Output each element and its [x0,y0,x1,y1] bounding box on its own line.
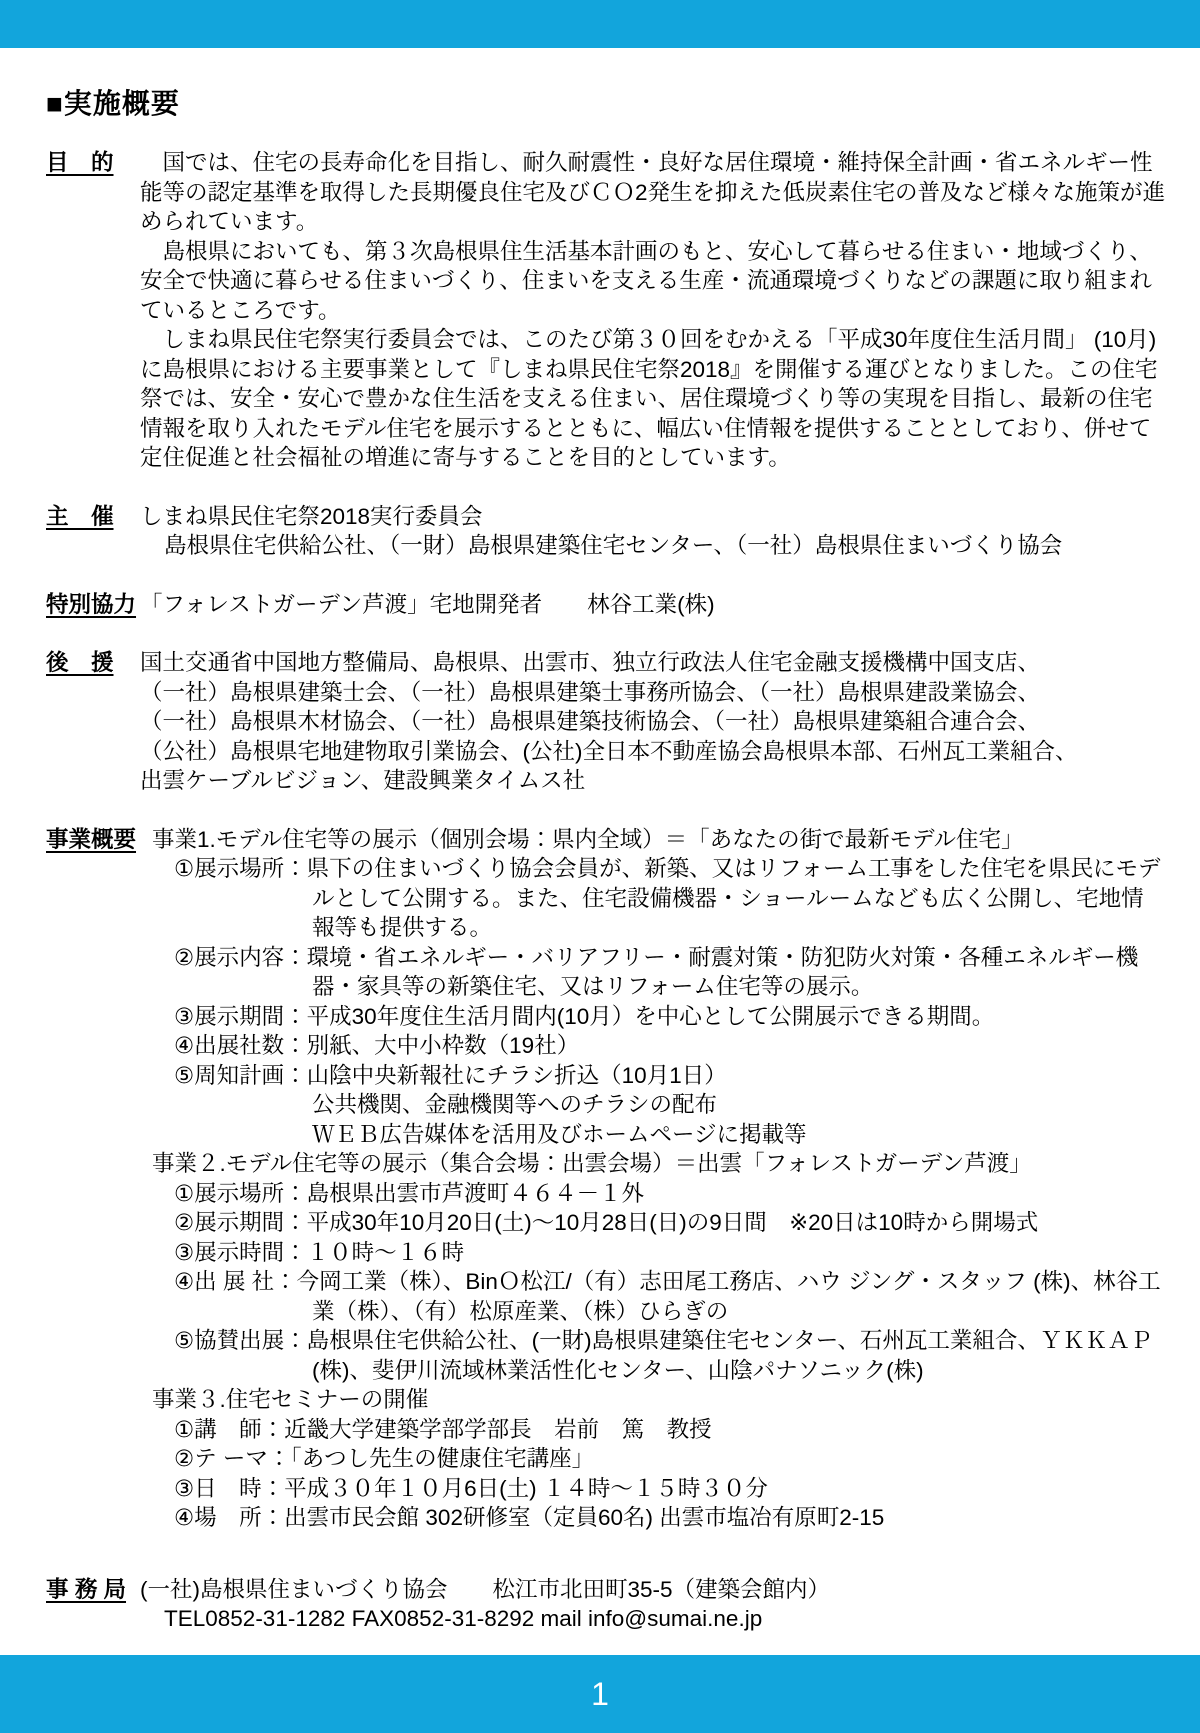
text-line: ③展示時間：１０時～１６時 [140,1238,1166,1268]
text-line: （公社）島根県宅地建物取引業協会、(公社)全日本不動産協会島根県本部、石州瓦工業… [140,737,1166,767]
text-line: （一社）島根県建築士会、（一社）島根県建築士事務所協会、（一社）島根県建設業協会… [140,678,1166,708]
text-line: しまね県民住宅祭2018実行委員会 [140,502,1166,532]
section: 特別協力「フォレストガーデン芦渡」宅地開発者 林谷工業(株) [46,590,1166,620]
section-content: しまね県民住宅祭2018実行委員会島根県住宅供給公社、（一財）島根県建築住宅セン… [140,502,1166,561]
text-line: ①展示場所：県下の住まいづくり協会会員が、新築、又はリフォーム工事をした住宅を県… [140,854,1166,943]
text-line: ⑤周知計画：山陰中央新報社にチラシ折込（10月1日） [140,1061,1166,1091]
text-line: 事業２.モデル住宅等の展示（集合会場：出雲会場）＝出雲「フォレストガーデン芦渡」 [140,1149,1166,1179]
text-line: （一社）島根県木材協会、（一社）島根県建築技術協会、（一社）島根県建築組合連合会… [140,707,1166,737]
text-line: ③日 時：平成３０年１０月6日(土) １４時～１５時３０分 [140,1474,1166,1504]
section-content: 「フォレストガーデン芦渡」宅地開発者 林谷工業(株) [140,590,1166,620]
text-line: 事業1.モデル住宅等の展示（個別会場：県内全域）＝「あなたの街で最新モデル住宅」 [140,825,1166,855]
sections-container: 目 的 国では、住宅の長寿命化を目指し、耐久耐震性・良好な居住環境・維持保全計画… [46,148,1166,1634]
text-line: ①展示場所：島根県出雲市芦渡町４６４－１外 [140,1179,1166,1209]
text-line: ②展示内容：環境・省エネルギー・バリアフリー・耐震対策・防犯防火対策・各種エネル… [140,943,1166,1002]
page-number: 1 [591,1678,609,1710]
text-line: 公共機関、金融機関等へのチラシの配布 [140,1090,1166,1120]
section-label: 事 務 局 [46,1575,140,1634]
text-line: 国では、住宅の長寿命化を目指し、耐久耐震性・良好な居住環境・維持保全計画・省エネ… [140,148,1166,237]
text-line: ④出 展 社：今岡工業（株）、BinＯ松江/（有）志田尾工務店、ハウ ジング・ス… [140,1267,1166,1326]
text-line: ＷＥＢ広告媒体を活用及びホームページに掲載等 [140,1120,1166,1150]
text-line: TEL0852-31-1282 FAX0852-31-8292 mail inf… [140,1604,1166,1634]
section-label: 事業概要 [46,825,140,1533]
section: 目 的 国では、住宅の長寿命化を目指し、耐久耐震性・良好な居住環境・維持保全計画… [46,148,1166,473]
section-content: (一社)島根県住まいづくり協会 松江市北田町35-5（建築会館内）TEL0852… [140,1575,1166,1634]
section-label: 目 的 [46,148,140,473]
section: 後 援国土交通省中国地方整備局、島根県、出雲市、独立行政法人住宅金融支援機構中国… [46,648,1166,796]
text-line: 出雲ケーブルビジョン、建設興業タイムス社 [140,766,1166,796]
top-bar [0,0,1200,48]
section-label: 特別協力 [46,590,140,620]
document-body: ■実施概要 目 的 国では、住宅の長寿命化を目指し、耐久耐震性・良好な居住環境・… [0,48,1200,1655]
text-line: 「フォレストガーデン芦渡」宅地開発者 林谷工業(株) [140,590,1166,620]
section: 事業概要事業1.モデル住宅等の展示（個別会場：県内全域）＝「あなたの街で最新モデ… [46,825,1166,1533]
section-label: 後 援 [46,648,140,796]
text-line: ②展示期間：平成30年10月20日(土)～10月28日(日)の9日間 ※20日は… [140,1208,1166,1238]
text-line: しまね県民住宅祭実行委員会では、このたび第３０回をむかえる「平成30年度住生活月… [140,325,1166,473]
text-line: 事業３.住宅セミナーの開催 [140,1385,1166,1415]
text-line: ⑤協賛出展：島根県住宅供給公社、(一財)島根県建築住宅センター、石州瓦工業組合、… [140,1326,1166,1385]
section: 主 催しまね県民住宅祭2018実行委員会島根県住宅供給公社、（一財）島根県建築住… [46,502,1166,561]
text-line: ④出展社数：別紙、大中小枠数（19社） [140,1031,1166,1061]
text-line: ①講 師：近畿大学建築学部学部長 岩前 篤 教授 [140,1415,1166,1445]
text-line: 島根県においても、第３次島根県住生活基本計画のもと、安心して暮らせる住まい・地域… [140,237,1166,326]
bottom-bar: 1 [0,1655,1200,1733]
text-line: 島根県住宅供給公社、（一財）島根県建築住宅センター、（一社）島根県住まいづくり協… [140,531,1166,561]
text-line: 国土交通省中国地方整備局、島根県、出雲市、独立行政法人住宅金融支援機構中国支店、 [140,648,1166,678]
section: 事 務 局(一社)島根県住まいづくり協会 松江市北田町35-5（建築会館内）TE… [46,1575,1166,1634]
text-line: ②テ ーマ：「あつし先生の健康住宅講座」 [140,1444,1166,1474]
section-label: 主 催 [46,502,140,561]
text-line: (一社)島根県住まいづくり協会 松江市北田町35-5（建築会館内） [140,1575,1166,1605]
page-title: ■実施概要 [46,82,1166,122]
section-content: 国では、住宅の長寿命化を目指し、耐久耐震性・良好な居住環境・維持保全計画・省エネ… [140,148,1166,473]
text-line: ④場 所：出雲市民会館 302研修室（定員60名) 出雲市塩冶有原町2-15 [140,1503,1166,1533]
section-content: 国土交通省中国地方整備局、島根県、出雲市、独立行政法人住宅金融支援機構中国支店、… [140,648,1166,796]
section-content: 事業1.モデル住宅等の展示（個別会場：県内全域）＝「あなたの街で最新モデル住宅」… [140,825,1166,1533]
text-line: ③展示期間：平成30年度住生活月間内(10月）を中心として公開展示できる期間。 [140,1002,1166,1032]
